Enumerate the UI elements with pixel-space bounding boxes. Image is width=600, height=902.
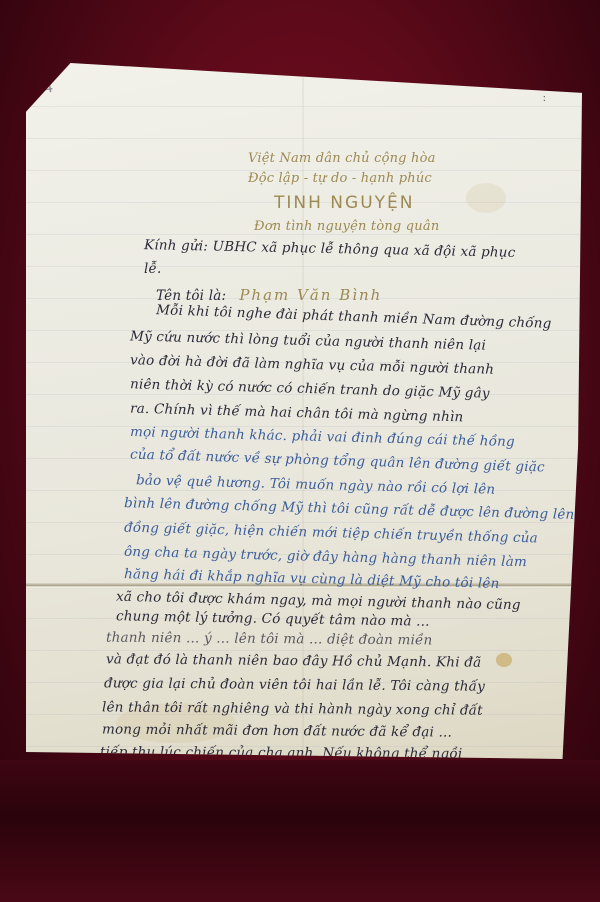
paper-stain (466, 183, 506, 213)
salutation-line-1: Kính gửi: UBHC xã phục lễ thông qua xã đ… (144, 237, 516, 261)
author-line: Tên tôi là: Phạm Văn Bình (156, 285, 382, 304)
letter-page: 14 : Việt Nam dân chủ cộng hòa Độc lập -… (26, 63, 582, 759)
paper-stain (496, 653, 512, 667)
document-title: TINH NGUYỆN (274, 193, 414, 213)
body-line: Mỹ cứu nước thì lòng tuổi của người than… (130, 328, 486, 353)
body-line: lên thân tôi rất nghiêng và thi hành ngà… (102, 699, 483, 718)
body-line: ông cha ta ngày trước, giờ đây hàng hàng… (124, 544, 527, 571)
body-line: ra. Chính vì thế mà hai chân tôi mà ngừn… (130, 401, 464, 426)
body-line: vào đời hà đời đã làm nghĩa vụ của mỗi n… (130, 352, 495, 378)
body-line: thanh niên ... ý ... lên tôi mà ... diệt… (106, 630, 433, 649)
background-shadow (0, 760, 600, 902)
author-name: Phạm Văn Bình (239, 286, 382, 304)
header-line-2: Độc lập - tự do - hạnh phúc (248, 171, 432, 186)
salutation-line-2: lễ. (144, 261, 162, 277)
header-line-1: Việt Nam dân chủ cộng hòa (248, 151, 436, 166)
body-line: của tổ đất nước về sự phòng tổng quân lê… (130, 446, 545, 475)
body-line: bình lên đường chống Mỹ thì tôi cũng rất… (124, 495, 575, 523)
body-line: niên thời kỳ có nước có chiến tranh do g… (130, 376, 490, 401)
body-line: mong mỏi nhất mãi đơn hơn đất nước đã kể… (102, 721, 452, 740)
body-line: được gia lại chủ đoàn viên tôi hai lần l… (104, 675, 485, 694)
body-line: chung một lý tưởng. Có quyết tâm nào mà … (116, 608, 430, 629)
body-line: và đạt đó là thanh niên bao đây Hồ chủ M… (106, 651, 481, 670)
body-line: mọi người thanh khác. phải vai đinh đúng… (130, 424, 515, 450)
page-number: 14 (33, 78, 54, 98)
corner-mark: : (543, 93, 546, 104)
body-line: bảo vệ quê hương. Tôi muốn ngày nào rồi … (136, 472, 496, 497)
body-line: đồng giết giặc, hiện chiến mới tiệp chiế… (124, 520, 538, 547)
body-line: Mỗi khi tôi nghe đài phát thanh miền Nam… (156, 302, 552, 332)
document-subtitle: Đơn tình nguyện tòng quân (254, 219, 439, 234)
